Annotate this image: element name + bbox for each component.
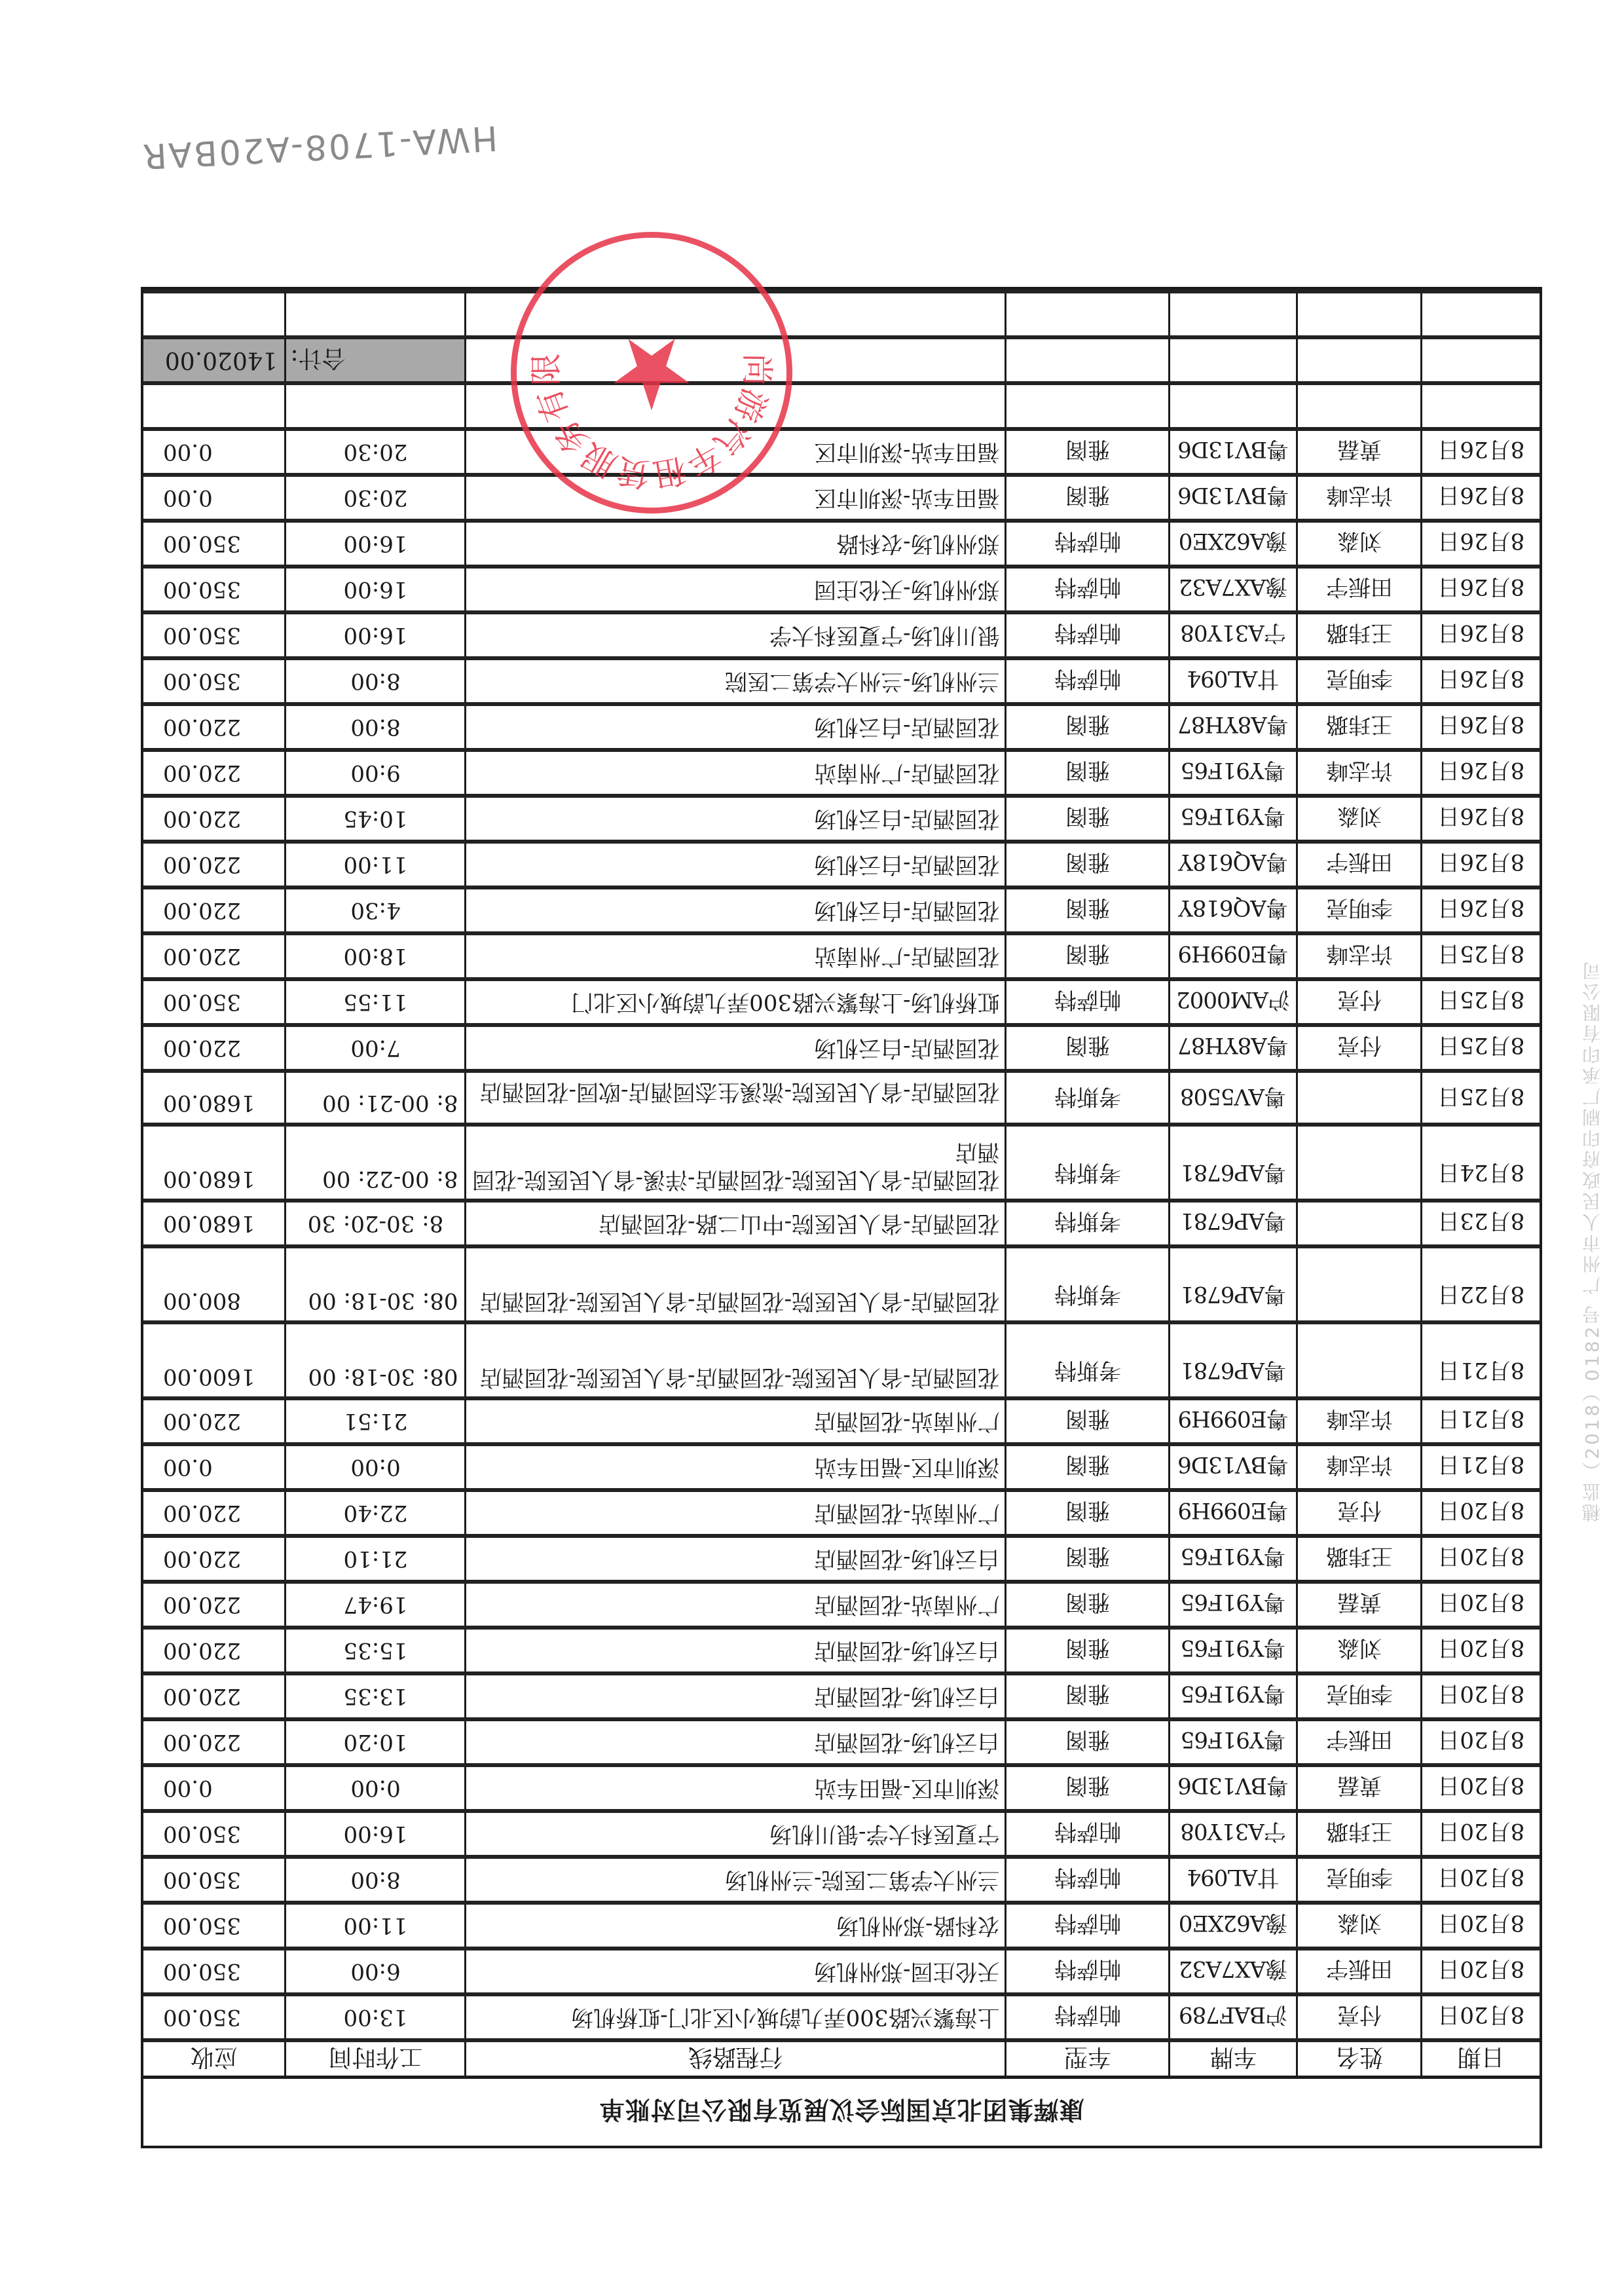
cell-amount: 350.00 xyxy=(143,979,286,1025)
seal-star-icon: ★ xyxy=(608,324,695,422)
cell-work-time: 16:00 xyxy=(286,521,466,567)
table-row: 8月25日粤AV5508考斯特花园酒店-省人民医院-流溪生态园酒店-欧园-花园酒… xyxy=(143,1071,1540,1125)
cell-amount: 220.00 xyxy=(143,1025,286,1071)
cell-name: 王玮璐 xyxy=(1297,1536,1422,1582)
cell-route: 花园酒店-广州南站 xyxy=(466,933,1006,979)
cell-name: 李明亮 xyxy=(1297,658,1422,704)
cell-amount: 220.00 xyxy=(143,1719,286,1765)
cell-name: 李明亮 xyxy=(1297,887,1422,933)
cell-work-time: 15:35 xyxy=(286,1628,466,1673)
cell-name: 王玮璐 xyxy=(1297,1811,1422,1857)
cell-amount: 220.00 xyxy=(143,1536,286,1582)
cell-amount: 350.00 xyxy=(143,1811,286,1857)
cell-date: 8月26日 xyxy=(1422,842,1540,887)
cell-route: 广州南站-花园酒店 xyxy=(466,1398,1006,1444)
cell-name: 刘淼 xyxy=(1297,1628,1422,1673)
cell-name: 刘淼 xyxy=(1297,521,1422,567)
cell-name: 黄磊 xyxy=(1297,1582,1422,1628)
cell-plate: 粤AQ618Y xyxy=(1170,842,1297,887)
cell-name xyxy=(1297,1071,1422,1125)
cell-plate: 粤A8YH87 xyxy=(1170,704,1297,750)
cell-route: 深圳市区-福田车站 xyxy=(466,1765,1006,1811)
cell-amount: 800.00 xyxy=(143,1246,286,1322)
table-row: 8月26日田振宇粤AQ618Y雅阁花园酒店-白云机场11:00220.00 xyxy=(143,842,1540,887)
cell-work-time: 16:00 xyxy=(286,1811,466,1857)
cell-name: 王玮璐 xyxy=(1297,612,1422,658)
cell-route: 广州南站-花园酒店 xyxy=(466,1582,1006,1628)
cell-amount: 0.00 xyxy=(143,1765,286,1811)
cell-vehicle-type: 雅阁 xyxy=(1006,429,1170,475)
cell-date: 8月20日 xyxy=(1422,1536,1540,1582)
cell-plate: 粤Y91F65 xyxy=(1170,796,1297,842)
cell-route: 兰州机场-兰州大学第二医院 xyxy=(466,658,1006,704)
cell-date: 8月26日 xyxy=(1422,612,1540,658)
cell-vehicle-type: 帕萨特 xyxy=(1006,1903,1170,1949)
cell-work-time: 6:00 xyxy=(286,1949,466,1994)
table-row: 8月20日李明亮甘AL094帕萨特兰州大学第二医院-兰州机场8:00350.00 xyxy=(143,1857,1540,1903)
cell-work-time: 8:00 xyxy=(286,1857,466,1903)
cell-route: 花园酒店-白云机场 xyxy=(466,842,1006,887)
table-row: 8月26日刘淼粤Y91F65雅阁花园酒店-白云机场10:45220.00 xyxy=(143,796,1540,842)
cell-date: 8月25日 xyxy=(1422,1071,1540,1125)
cell-date: 8月26日 xyxy=(1422,887,1540,933)
cell-plate: 粤E099H9 xyxy=(1170,933,1297,979)
cell-amount: 350.00 xyxy=(143,1949,286,1994)
cell-vehicle-type: 雅阁 xyxy=(1006,475,1170,521)
cell-vehicle-type: 雅阁 xyxy=(1006,1444,1170,1490)
cell-route: 白云机场-花园酒店 xyxy=(466,1719,1006,1765)
cell-plate: 豫AX7A32 xyxy=(1170,567,1297,612)
cell-date: 8月26日 xyxy=(1422,475,1540,521)
cell-work-time: 11:00 xyxy=(286,1903,466,1949)
cell-vehicle-type: 雅阁 xyxy=(1006,1025,1170,1071)
table-row: 8月21日许志峰粤BV13D6雅阁深圳市区-福田车站0:000.00 xyxy=(143,1444,1540,1490)
cell-work-time: 10:45 xyxy=(286,796,466,842)
cell-work-time: 21:10 xyxy=(286,1536,466,1582)
cell-name: 付亮 xyxy=(1297,1025,1422,1071)
cell-route: 花园酒店-省人民医院-花园酒店-洋溪-省人民医院-花园酒店 xyxy=(466,1125,1006,1201)
cell-name: 李明亮 xyxy=(1297,1673,1422,1719)
cell-amount: 350.00 xyxy=(143,658,286,704)
cell-vehicle-type: 雅阁 xyxy=(1006,933,1170,979)
table-row: 8月20日刘淼豫A62XE0帕萨特农科路-郑州机场11:00350.00 xyxy=(143,1903,1540,1949)
cell-vehicle-type: 考斯特 xyxy=(1006,1322,1170,1398)
cell-vehicle-type: 帕萨特 xyxy=(1006,1811,1170,1857)
cell-date: 8月26日 xyxy=(1422,658,1540,704)
table-row: 8月26日许志峰粤Y91F65雅阁花园酒店-广州南站9:00220.00 xyxy=(143,750,1540,796)
cell-name: 田振宇 xyxy=(1297,1719,1422,1765)
table-row: 8月20日王玮璐粤Y91F65雅阁白云机场-花园酒店21:10220.00 xyxy=(143,1536,1540,1582)
cell-route: 白云机场-花园酒店 xyxy=(466,1536,1006,1582)
cell-plate: 豫A62XE0 xyxy=(1170,521,1297,567)
cell-vehicle-type: 雅阁 xyxy=(1006,842,1170,887)
cell-name: 许志峰 xyxy=(1297,1444,1422,1490)
cell-amount: 0.00 xyxy=(143,475,286,521)
cell-date: 8月26日 xyxy=(1422,521,1540,567)
cell-vehicle-type: 帕萨特 xyxy=(1006,612,1170,658)
cell-name xyxy=(1297,1125,1422,1201)
cell-vehicle-type: 帕萨特 xyxy=(1006,658,1170,704)
cell-work-time: 22:40 xyxy=(286,1490,466,1536)
table-row: 8月26日王玮璐粤A8YH87雅阁花园酒店-白云机场8:00220.00 xyxy=(143,704,1540,750)
cell-amount: 350.00 xyxy=(143,1903,286,1949)
header-amount: 应收 xyxy=(143,2040,286,2076)
cell-work-time: 13:00 xyxy=(286,1994,466,2040)
cell-amount: 220.00 xyxy=(143,1673,286,1719)
cell-amount: 1600.00 xyxy=(143,1322,286,1398)
cell-vehicle-type: 雅阁 xyxy=(1006,1490,1170,1536)
cell-work-time: 11:55 xyxy=(286,979,466,1025)
cell-vehicle-type: 雅阁 xyxy=(1006,796,1170,842)
header-date: 日期 xyxy=(1422,2040,1540,2076)
empty-row xyxy=(143,383,1540,429)
cell-amount: 220.00 xyxy=(143,750,286,796)
cell-work-time: 8: 00-22: 00 xyxy=(286,1125,466,1201)
cell-name: 付亮 xyxy=(1297,1490,1422,1536)
cell-work-time: 8:00 xyxy=(286,704,466,750)
cell-plate: 粤Y91F65 xyxy=(1170,1719,1297,1765)
cell-vehicle-type: 雅阁 xyxy=(1006,1582,1170,1628)
table-row: 8月26日李明亮甘AL094帕萨特兰州机场-兰州大学第二医院8:00350.00 xyxy=(143,658,1540,704)
cell-vehicle-type: 考斯特 xyxy=(1006,1071,1170,1125)
cell-route: 花园酒店-白云机场 xyxy=(466,887,1006,933)
cell-vehicle-type: 雅阁 xyxy=(1006,1536,1170,1582)
table-row: 8月26日许志峰粤BV13D6雅阁福田车站-深圳市区20:300.00 xyxy=(143,475,1540,521)
table-row: 8月20日付亮粤E099H9雅阁广州南站-花园酒店22:40220.00 xyxy=(143,1490,1540,1536)
table-row: 8月21日粤AP6781考斯特花园酒店-省人民医院-花园酒店-省人民医院-花园酒… xyxy=(143,1322,1540,1398)
cell-name: 刘淼 xyxy=(1297,796,1422,842)
cell-date: 8月20日 xyxy=(1422,1673,1540,1719)
cell-date: 8月22日 xyxy=(1422,1246,1540,1322)
table-row: 8月20日李明亮粤Y91F65雅阁白云机场-花园酒店13:35220.00 xyxy=(143,1673,1540,1719)
cell-date: 8月20日 xyxy=(1422,1628,1540,1673)
cell-route: 深圳市区-福田车站 xyxy=(466,1444,1006,1490)
cell-route: 虹桥机场-上海繁兴路300弄九韵城小区北门 xyxy=(466,979,1006,1025)
cell-date: 8月26日 xyxy=(1422,429,1540,475)
cell-route: 兰州大学第二医院-兰州机场 xyxy=(466,1857,1006,1903)
cell-name: 付亮 xyxy=(1297,1994,1422,2040)
cell-plate: 甘AL094 xyxy=(1170,1857,1297,1903)
cell-amount: 220.00 xyxy=(143,1582,286,1628)
cell-vehicle-type: 帕萨特 xyxy=(1006,1857,1170,1903)
cell-work-time: 21:51 xyxy=(286,1398,466,1444)
cell-amount: 1680.00 xyxy=(143,1125,286,1201)
cell-amount: 350.00 xyxy=(143,1994,286,2040)
cell-plate: 沪BAF789 xyxy=(1170,1994,1297,2040)
cell-work-time: 20:30 xyxy=(286,475,466,521)
cell-amount: 220.00 xyxy=(143,1628,286,1673)
cell-plate: 粤Y91F65 xyxy=(1170,1673,1297,1719)
table-row: 8月23日粤AP6781考斯特花园酒店-省人民医院-中山二路-花园酒店8: 30… xyxy=(143,1201,1540,1246)
cell-date: 8月21日 xyxy=(1422,1398,1540,1444)
cell-vehicle-type: 雅阁 xyxy=(1006,887,1170,933)
cell-name: 黄磊 xyxy=(1297,429,1422,475)
cell-route: 花园酒店-省人民医院-花园酒店-省人民医院-花园酒店 xyxy=(466,1322,1006,1398)
cell-plate: 粤E099H9 xyxy=(1170,1490,1297,1536)
cell-amount: 350.00 xyxy=(143,1857,286,1903)
table-row: 8月26日田振宇豫AX7A32帕萨特郑州机场-天伦庄园16:00350.00 xyxy=(143,567,1540,612)
cell-date: 8月20日 xyxy=(1422,1582,1540,1628)
cell-date: 8月25日 xyxy=(1422,933,1540,979)
cell-work-time: 4:30 xyxy=(286,887,466,933)
cell-route: 花园酒店-省人民医院-花园酒店-省人民医院-花园酒店 xyxy=(466,1246,1006,1322)
cell-plate: 粤BV13D6 xyxy=(1170,429,1297,475)
cell-route: 天伦庄园-郑州机场 xyxy=(466,1949,1006,1994)
cell-name: 刘淼 xyxy=(1297,1903,1422,1949)
cell-vehicle-type: 帕萨特 xyxy=(1006,567,1170,612)
company-seal-stamp: 广州尚游汽车租赁服务有限公司 ★ xyxy=(511,232,792,513)
cell-date: 8月25日 xyxy=(1422,979,1540,1025)
cell-plate: 粤Y91F65 xyxy=(1170,1536,1297,1582)
cell-work-time: 7:00 xyxy=(286,1025,466,1071)
header-row: 日期 姓名 车牌 车型 行程路线 工作时间 应收 xyxy=(143,2040,1540,2076)
cell-plate: 粤AP6781 xyxy=(1170,1125,1297,1201)
cell-amount: 0.00 xyxy=(143,429,286,475)
cell-amount: 350.00 xyxy=(143,521,286,567)
cell-amount: 220.00 xyxy=(143,842,286,887)
cell-plate: 粤E099H9 xyxy=(1170,1398,1297,1444)
cell-date: 8月23日 xyxy=(1422,1201,1540,1246)
cell-date: 8月26日 xyxy=(1422,567,1540,612)
cell-plate: 粤Y91F65 xyxy=(1170,1628,1297,1673)
cell-route: 花园酒店-广州南站 xyxy=(466,750,1006,796)
cell-name: 许志峰 xyxy=(1297,475,1422,521)
cell-plate: 甘AL094 xyxy=(1170,658,1297,704)
cell-name: 田振宇 xyxy=(1297,1949,1422,1994)
cell-name: 黄磊 xyxy=(1297,1765,1422,1811)
table-row: 8月20日黄磊粤Y91F65雅阁广州南站-花园酒店19:47220.00 xyxy=(143,1582,1540,1628)
cell-date: 8月20日 xyxy=(1422,1857,1540,1903)
cell-vehicle-type: 考斯特 xyxy=(1006,1125,1170,1201)
cell-name: 田振宇 xyxy=(1297,567,1422,612)
cell-amount: 220.00 xyxy=(143,704,286,750)
cell-date: 8月21日 xyxy=(1422,1322,1540,1398)
table-row: 8月20日田振宇粤Y91F65雅阁白云机场-花园酒店10:20220.00 xyxy=(143,1719,1540,1765)
cell-plate: 粤BV13D6 xyxy=(1170,475,1297,521)
empty-row xyxy=(143,291,1540,337)
cell-date: 8月20日 xyxy=(1422,1811,1540,1857)
cell-date: 8月20日 xyxy=(1422,1765,1540,1811)
cell-plate: 豫A62XE0 xyxy=(1170,1903,1297,1949)
cell-work-time: 13:35 xyxy=(286,1673,466,1719)
cell-plate: 粤AP6781 xyxy=(1170,1201,1297,1246)
cell-date: 8月24日 xyxy=(1422,1125,1540,1201)
cell-name: 许志峰 xyxy=(1297,750,1422,796)
cell-vehicle-type: 雅阁 xyxy=(1006,750,1170,796)
cell-date: 8月20日 xyxy=(1422,1490,1540,1536)
table-row: 8月20日王玮璐宁A31Y08帕萨特宁夏医科大学-银川机场16:00350.00 xyxy=(143,1811,1540,1857)
cell-work-time: 16:00 xyxy=(286,612,466,658)
cell-amount: 220.00 xyxy=(143,796,286,842)
cell-date: 8月20日 xyxy=(1422,1949,1540,1994)
cell-amount: 0.00 xyxy=(143,1444,286,1490)
table-row: 8月25日付亮粤A8YH87雅阁花园酒店-白云机场7:00220.00 xyxy=(143,1025,1540,1071)
header-name: 姓名 xyxy=(1297,2040,1422,2076)
cell-work-time: 8:00 xyxy=(286,658,466,704)
cell-work-time: 11:00 xyxy=(286,842,466,887)
cell-route: 郑州机场-农科路 xyxy=(466,521,1006,567)
cell-amount: 220.00 xyxy=(143,1398,286,1444)
cell-plate: 粤AP6781 xyxy=(1170,1246,1297,1322)
cell-vehicle-type: 帕萨特 xyxy=(1006,521,1170,567)
cell-plate: 粤A8YH87 xyxy=(1170,1025,1297,1071)
cell-date: 8月20日 xyxy=(1422,1994,1540,2040)
table-row: 8月20日田振宇豫AX7A32帕萨特天伦庄园-郑州机场6:00350.00 xyxy=(143,1949,1540,1994)
cell-name: 李明亮 xyxy=(1297,1857,1422,1903)
cell-route: 花园酒店-白云机场 xyxy=(466,796,1006,842)
cell-date: 8月26日 xyxy=(1422,796,1540,842)
cell-work-time: 19:47 xyxy=(286,1582,466,1628)
table-row: 8月21日许志峰粤E099H9雅阁广州南站-花园酒店21:51220.00 xyxy=(143,1398,1540,1444)
header-work-time: 工作时间 xyxy=(286,2040,466,2076)
cell-work-time: 9:00 xyxy=(286,750,466,796)
document-page: 穗监（2018）0182号 广州市人民政府印刷厂承印有限公司 康辉集团北京国际会… xyxy=(0,0,1624,2295)
document-title: 康辉集团北京国际会议展览有限公司对账单 xyxy=(143,2076,1540,2146)
table-row: 8月26日王玮璐宁A31Y08帕萨特银川机场-宁夏医科大学16:00350.00 xyxy=(143,612,1540,658)
header-route: 行程路线 xyxy=(466,2040,1006,2076)
cell-work-time: 18:00 xyxy=(286,933,466,979)
table-row: 8月20日黄磊粤BV13D6雅阁深圳市区-福田车站0:000.00 xyxy=(143,1765,1540,1811)
cell-plate: 沪AM0002 xyxy=(1170,979,1297,1025)
cell-work-time: 16:00 xyxy=(286,567,466,612)
total-row: 合计: 14020.00 xyxy=(143,337,1540,383)
cell-vehicle-type: 帕萨特 xyxy=(1006,1949,1170,1994)
cell-route: 银川机场-宁夏医科大学 xyxy=(466,612,1006,658)
cell-plate: 豫AX7A32 xyxy=(1170,1949,1297,1994)
table-row: 8月26日刘淼豫A62XE0帕萨特郑州机场-农科路16:00350.00 xyxy=(143,521,1540,567)
cell-vehicle-type: 雅阁 xyxy=(1006,1673,1170,1719)
table-row: 8月26日李明亮粤AQ618Y雅阁花园酒店-白云机场4:30220.00 xyxy=(143,887,1540,933)
cell-route: 农科路-郑州机场 xyxy=(466,1903,1006,1949)
cell-amount: 350.00 xyxy=(143,567,286,612)
cell-route: 郑州机场-天伦庄园 xyxy=(466,567,1006,612)
cell-plate: 粤Y91F65 xyxy=(1170,750,1297,796)
cell-name xyxy=(1297,1201,1422,1246)
cell-route: 花园酒店-省人民医院-中山二路-花园酒店 xyxy=(466,1201,1006,1246)
cell-plate: 粤BV13D6 xyxy=(1170,1765,1297,1811)
cell-amount: 220.00 xyxy=(143,1490,286,1536)
header-vehicle-type: 车型 xyxy=(1006,2040,1170,2076)
cell-route: 宁夏医科大学-银川机场 xyxy=(466,1811,1006,1857)
cell-amount: 350.00 xyxy=(143,612,286,658)
cell-work-time: 8: 00-21: 00 xyxy=(286,1071,466,1125)
cell-date: 8月20日 xyxy=(1422,1719,1540,1765)
cell-amount: 1680.00 xyxy=(143,1071,286,1125)
cell-route: 广州南站-花园酒店 xyxy=(466,1490,1006,1536)
table-row: 8月26日黄磊粤BV13D6雅阁福田车站-深圳市区20:300.00 xyxy=(143,429,1540,475)
table-row: 8月20日付亮沪BAF789帕萨特上海繁兴路300弄九韵城小区北门-虹桥机场13… xyxy=(143,1994,1540,2040)
cell-plate: 粤Y91F65 xyxy=(1170,1582,1297,1628)
cell-vehicle-type: 雅阁 xyxy=(1006,1628,1170,1673)
cell-vehicle-type: 帕萨特 xyxy=(1006,979,1170,1025)
cell-name: 田振宇 xyxy=(1297,842,1422,887)
statement-table: 日期 姓名 车牌 车型 行程路线 工作时间 应收 8月20日付亮沪BAF789帕… xyxy=(143,289,1540,2076)
cell-work-time: 08: 30-18: 00 xyxy=(286,1246,466,1322)
header-plate: 车牌 xyxy=(1170,2040,1297,2076)
cell-vehicle-type: 考斯特 xyxy=(1006,1246,1170,1322)
cell-route: 花园酒店-白云机场 xyxy=(466,1025,1006,1071)
cell-vehicle-type: 帕萨特 xyxy=(1006,1994,1170,2040)
cell-route: 花园酒店-省人民医院-流溪生态园酒店-欧园-花园酒店 xyxy=(466,1071,1006,1125)
cell-work-time: 8: 30-20: 30 xyxy=(286,1201,466,1246)
cell-date: 8月26日 xyxy=(1422,750,1540,796)
total-label: 合计: xyxy=(286,337,466,383)
cell-vehicle-type: 雅阁 xyxy=(1006,1719,1170,1765)
cell-work-time: 0:00 xyxy=(286,1765,466,1811)
table-row: 8月25日付亮沪AM0002帕萨特虹桥机场-上海繁兴路300弄九韵城小区北门11… xyxy=(143,979,1540,1025)
table-row: 8月25日许志峰粤E099H9雅阁花园酒店-广州南站18:00220.00 xyxy=(143,933,1540,979)
cell-work-time: 08: 30-18: 00 xyxy=(286,1322,466,1398)
cell-route: 上海繁兴路300弄九韵城小区北门-虹桥机场 xyxy=(466,1994,1006,2040)
cell-name: 许志峰 xyxy=(1297,933,1422,979)
cell-plate: 宁A31Y08 xyxy=(1170,1811,1297,1857)
cell-vehicle-type: 雅阁 xyxy=(1006,1398,1170,1444)
cell-work-time: 20:30 xyxy=(286,429,466,475)
cell-name xyxy=(1297,1322,1422,1398)
cell-route: 白云机场-花园酒店 xyxy=(466,1673,1006,1719)
cell-plate: 粤AP6781 xyxy=(1170,1322,1297,1398)
table-row: 8月20日刘淼粤Y91F65雅阁白云机场-花园酒店15:35220.00 xyxy=(143,1628,1540,1673)
cell-date: 8月20日 xyxy=(1422,1903,1540,1949)
table-body: 8月20日付亮沪BAF789帕萨特上海繁兴路300弄九韵城小区北门-虹桥机场13… xyxy=(143,429,1540,2040)
cell-plate: 粤AV5508 xyxy=(1170,1071,1297,1125)
handwritten-note: HWA-1708-A20BAR xyxy=(140,118,498,176)
cell-name: 王玮璐 xyxy=(1297,704,1422,750)
cell-vehicle-type: 雅阁 xyxy=(1006,1765,1170,1811)
cell-plate: 粤BV13D6 xyxy=(1170,1444,1297,1490)
cell-route: 白云机场-花园酒店 xyxy=(466,1628,1006,1673)
cell-amount: 220.00 xyxy=(143,933,286,979)
statement-sheet: 康辉集团北京国际会议展览有限公司对账单 日期 姓名 车牌 车型 行程路线 工作时… xyxy=(141,287,1542,2148)
cell-name: 许志峰 xyxy=(1297,1398,1422,1444)
cell-date: 8月26日 xyxy=(1422,704,1540,750)
table-row: 8月24日粤AP6781考斯特花园酒店-省人民医院-花园酒店-洋溪-省人民医院-… xyxy=(143,1125,1540,1201)
cell-amount: 220.00 xyxy=(143,887,286,933)
margin-print-text: 穗监（2018）0182号 广州市人民政府印刷厂承印有限公司 xyxy=(1579,960,1606,1522)
total-amount: 14020.00 xyxy=(143,337,286,383)
cell-vehicle-type: 雅阁 xyxy=(1006,704,1170,750)
cell-work-time: 0:00 xyxy=(286,1444,466,1490)
cell-name: 付亮 xyxy=(1297,979,1422,1025)
cell-vehicle-type: 考斯特 xyxy=(1006,1201,1170,1246)
cell-route: 花园酒店-白云机场 xyxy=(466,704,1006,750)
cell-amount: 1680.00 xyxy=(143,1201,286,1246)
cell-plate: 粤AQ618Y xyxy=(1170,887,1297,933)
cell-date: 8月21日 xyxy=(1422,1444,1540,1490)
cell-date: 8月25日 xyxy=(1422,1025,1540,1071)
cell-work-time: 10:20 xyxy=(286,1719,466,1765)
cell-plate: 宁A31Y08 xyxy=(1170,612,1297,658)
table-row: 8月22日粤AP6781考斯特花园酒店-省人民医院-花园酒店-省人民医院-花园酒… xyxy=(143,1246,1540,1322)
cell-name xyxy=(1297,1246,1422,1322)
